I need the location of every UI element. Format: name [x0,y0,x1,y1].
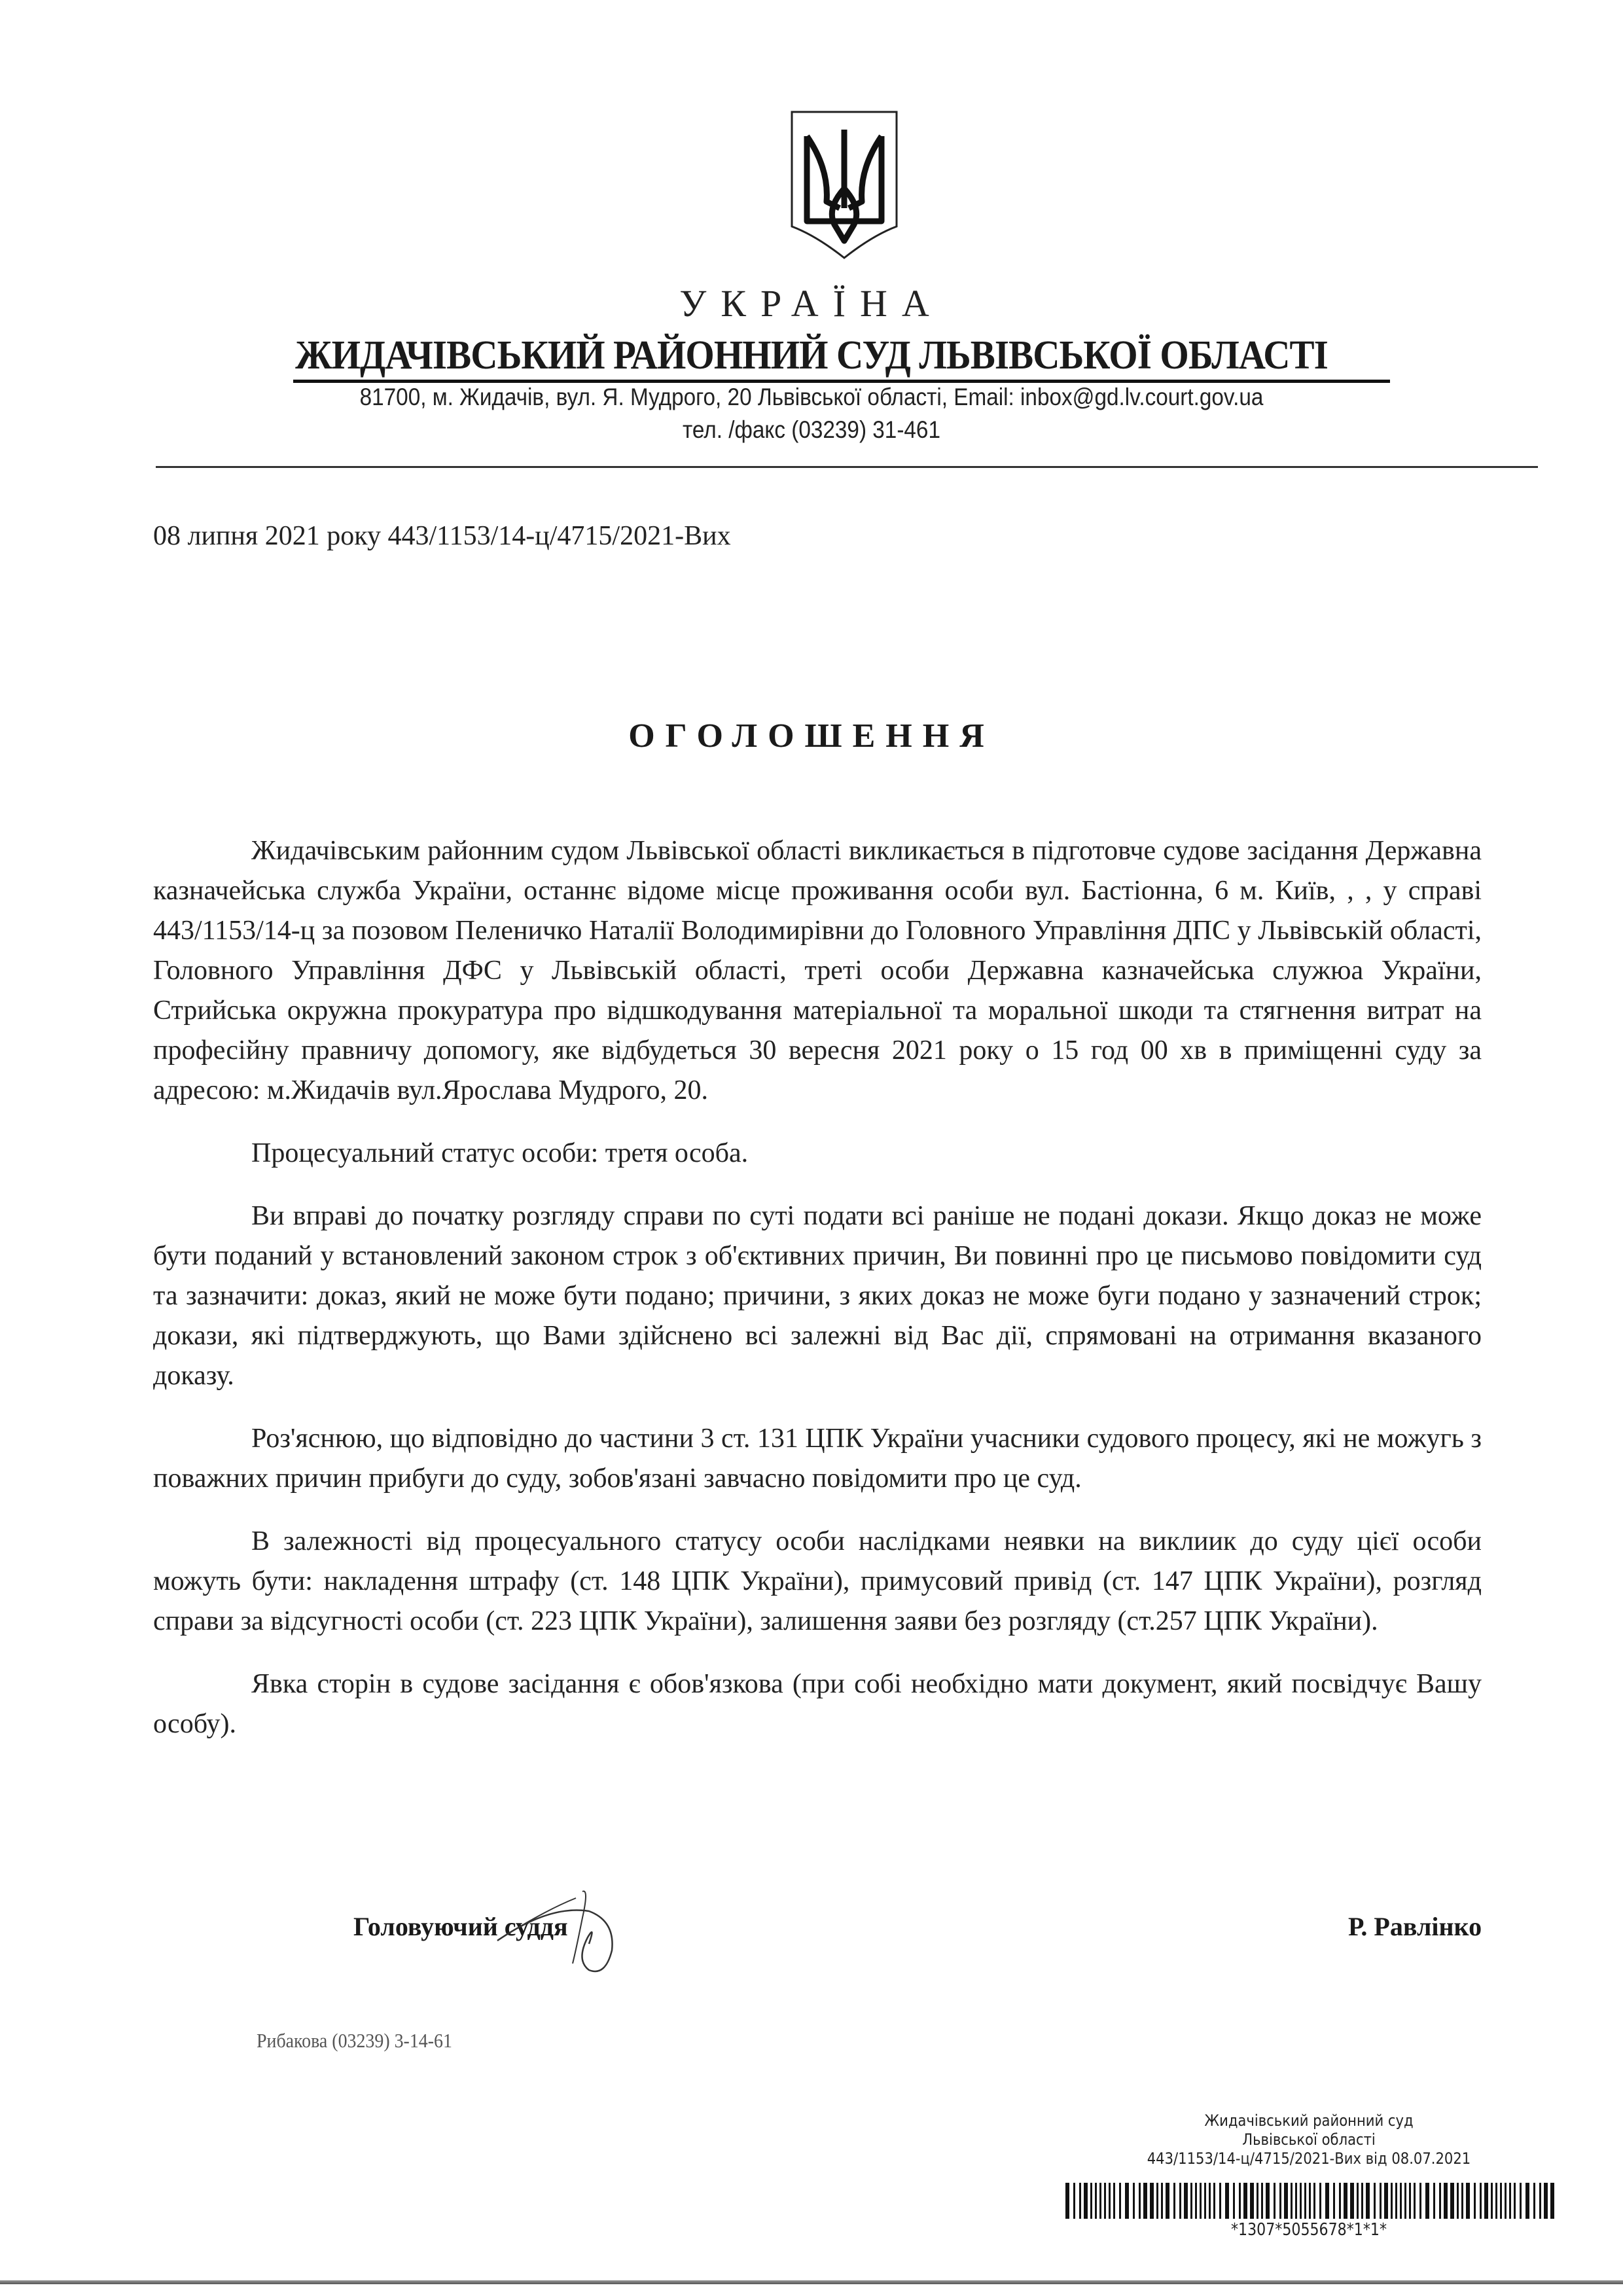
stamp-court: Жидачівський районний суд [1096,2111,1522,2130]
court-phone: тел. /факс (03239) 31-461 [81,416,1542,444]
header-divider [156,466,1538,468]
court-address: 81700, м. Жидачів, вул. Я. Мудрого, 20 Л… [81,384,1542,411]
document-title: ОГОЛОШЕННЯ [0,717,1623,755]
handwritten-signature-icon [484,1885,681,1983]
executor-contact: Рибакова (03239) 3-14-61 [257,2029,452,2053]
paragraph-notice: Роз'яснюю, що відповідно до частини 3 ст… [153,1419,1482,1499]
barcode-number: *1307*5055678*1*1* [1103,2220,1515,2240]
page-bottom-edge [0,2280,1623,2284]
judge-name: Р. Равлінко [1348,1911,1482,1942]
outgoing-reference: 08 липня 2021 року 443/1153/14-ц/4715/20… [153,520,731,552]
paragraph-summons: Жидачівським районним судом Львівської о… [153,831,1482,1111]
paragraph-consequences: В залежності від процесуального статусу … [153,1522,1482,1641]
court-name-underline [293,380,1390,383]
country-heading: УКРАЇНА [0,281,1623,325]
document-body: Жидачівським районним судом Львівської о… [153,831,1482,1767]
stamp-reference: 443/1153/14-ц/4715/2021-Вих від 08.07.20… [1096,2149,1522,2168]
stamp-region: Львівської області [1096,2130,1522,2149]
barcode-icon [1065,2183,1556,2219]
paragraph-evidence: Ви вправі до початку розгляду справи по … [153,1196,1482,1396]
registration-stamp: Жидачівський районний суд Львівської обл… [1096,2111,1522,2168]
paragraph-status: Процесуальний статус особи: третя особа. [153,1134,1482,1174]
court-name: ЖИДАЧІВСЬКИЙ РАЙОННИЙ СУД ЛЬВІВСЬКОЇ ОБЛ… [65,332,1558,379]
paragraph-attendance: Явка сторін в судове засідання є обов'яз… [153,1664,1482,1744]
coat-of-arms-icon [789,110,900,260]
